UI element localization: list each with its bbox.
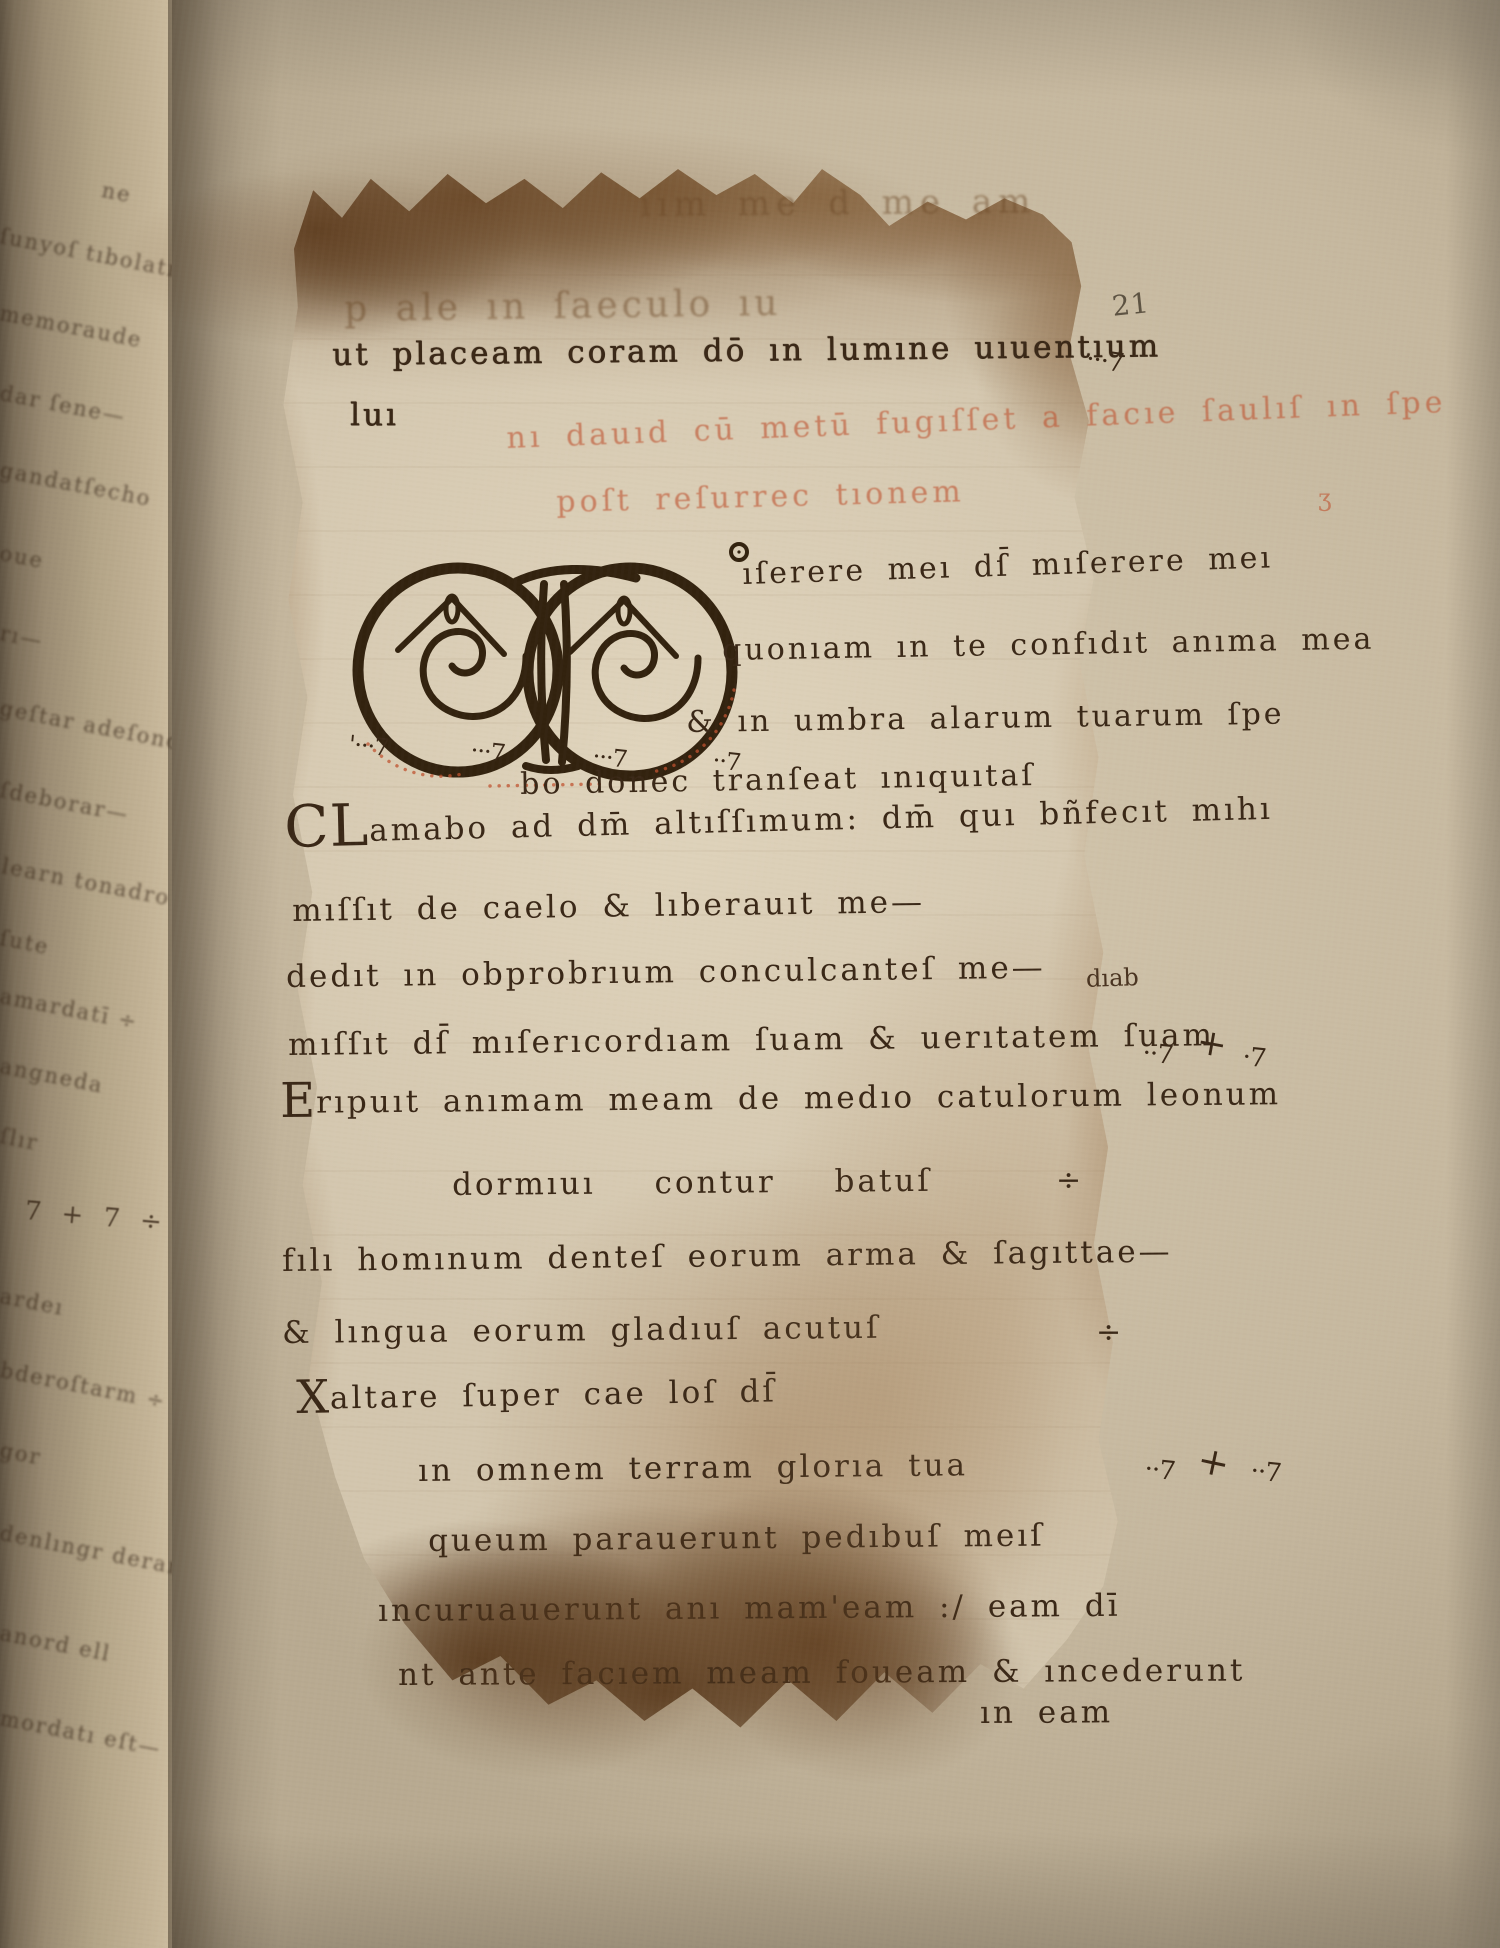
- margin-gloss: dıab: [1086, 965, 1140, 991]
- text-line: Erıpuıt anımam meam de medıo catulorum l…: [280, 1079, 1281, 1119]
- scribal-mark: ··7: [1143, 1456, 1176, 1485]
- rubric-line: poſt reſurrec tıonem: [556, 477, 965, 518]
- rubric-line: nı dauıd cū metū fugıſſet a facıe ſaulıſ…: [506, 388, 1447, 454]
- scribal-mark: ʒ: [1318, 486, 1331, 510]
- text-layer: 21 ut placeam coram dō ın lumıne uıuentı…: [0, 0, 1500, 1948]
- text-line: mıſſıt dſ̄ mıſerıcordıam ſuam & uerıtate…: [288, 1020, 1215, 1061]
- text-line: & ın umbra alarum tuarum ſpe: [686, 700, 1285, 738]
- text-line: nt ante facıem meam foueam & ıncederunt: [398, 1656, 1245, 1691]
- scribal-mark: ··7: [1141, 1040, 1174, 1069]
- scribal-mark: ··7: [1249, 1458, 1282, 1487]
- folio-number: 21: [1110, 286, 1151, 323]
- text-line: dedıt ın obprobrıum conculcanteſ me—: [286, 953, 1046, 993]
- text-line: ıſerere meı dſ̄ mıſerere meı: [742, 543, 1273, 590]
- text-line: dormıuı contur batuſ: [452, 1166, 932, 1201]
- text-line: & lıngua eorum gladıuſ acutuſ: [282, 1313, 881, 1349]
- scribal-mark: +: [1194, 1024, 1229, 1065]
- text-line: mıſſıt de caelo & lıberauıt me—: [292, 887, 925, 927]
- text-line: queum parauerunt pedıbuſ meıſ: [428, 1521, 1045, 1557]
- text-line: quonıam ın te confıdıt anıma mea: [722, 625, 1375, 666]
- scribal-mark: ·7: [1241, 1044, 1266, 1072]
- line-initial-cap: X: [296, 1396, 330, 1397]
- scribal-mark: '···7: [347, 732, 389, 760]
- scribal-mark: +: [1194, 1440, 1232, 1484]
- text-line: ut placeam coram dō ın lumıne uıuentıum: [332, 331, 1161, 371]
- scribal-mark: ···7: [591, 744, 627, 771]
- text-line: CLamabo ad dm̄ altıſſımum: dm̄ quı bñfec…: [284, 794, 1273, 849]
- scribal-mark: ÷: [1096, 1318, 1120, 1348]
- line-initial-cap: CL: [284, 825, 369, 827]
- text-line: fılı homınum denteſ eorum arma & ſagıtta…: [282, 1237, 1173, 1277]
- text-line: Xaltare ſuper cae loſ dſ̄: [296, 1376, 777, 1415]
- scribal-mark: ···7: [469, 738, 505, 765]
- text-line: ıncuruauerunt anı mam'eam :/ eam dī: [378, 1591, 1121, 1627]
- scribal-mark: ÷: [1056, 1166, 1080, 1196]
- text-line: luı: [350, 400, 399, 431]
- manuscript-photo: neſunyoſ tıbolatımemoraudedar ſene—ganda…: [0, 0, 1500, 1948]
- faint-line: p ale ın ſaeculo ıu: [344, 286, 782, 328]
- faint-line: ıım me d me am: [640, 185, 1037, 222]
- text-line: ın eam: [980, 1697, 1113, 1729]
- scribal-mark: ··7: [711, 748, 741, 775]
- decorated-initial-m-icon: [340, 538, 750, 798]
- scribal-mark: ···7: [1084, 346, 1125, 377]
- text-line: ın omnem terram glorıa tua: [418, 1450, 968, 1487]
